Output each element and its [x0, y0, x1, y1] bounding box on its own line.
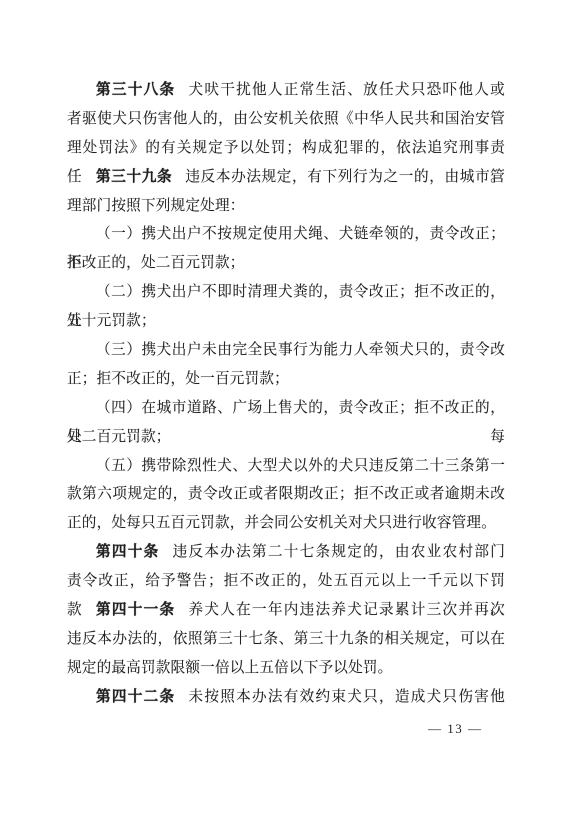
- line-text: 违反本办法规定，有下列行为之一的，由城市管: [185, 169, 505, 185]
- line-text: 违反本办法的，依照第三十七条、第三十九条的相关规定，可以在: [67, 631, 505, 647]
- article-number: 第四十一条: [96, 602, 175, 618]
- article-number: 第三十八条: [96, 82, 175, 98]
- article-number: 第三十九条: [96, 169, 172, 185]
- text-line: 第四十二条未按照本办法有效约束犬只，造成犬只伤害他: [67, 683, 505, 712]
- text-line: 理部门按照下列规定处理：: [67, 192, 505, 221]
- text-line: （二）携犬出户不即时清理犬粪的，责令改正；拒不改正的，处: [67, 278, 505, 307]
- text-line: 者驱使犬只伤害他人的，由公安机关依照《中华人民共和国治安管: [67, 105, 505, 134]
- text-line: 第四十条违反本办法第二十七条规定的，由农业农村部门: [67, 538, 505, 567]
- text-line: 款第六项规定的，责令改正或者限期改正；拒不改正或者逾期未改: [67, 480, 505, 509]
- line-text: 只二百元罚款；: [67, 429, 171, 445]
- line-text: （三）携犬出户未由完全民事行为能力人牵领犬只的，责令改: [96, 342, 505, 358]
- line-text: （五）携带除烈性犬、大型犬以外的犬只违反第二十三条第一: [96, 458, 505, 474]
- text-line: 正；拒不改正的，处一百元罚款；: [67, 365, 505, 394]
- text-line: 第三十九条违反本办法规定，有下列行为之一的，由城市管: [67, 163, 505, 192]
- text-line: 第四十一条养犬人在一年内违法养犬记录累计三次并再次: [67, 596, 505, 625]
- line-text: 五十元罚款；: [67, 313, 156, 329]
- text-line: 规定的最高罚款限额一倍以上五倍以下予以处罚。: [67, 654, 505, 683]
- line-text: 正的，处每只五百元罚款，并会同公安机关对犬只进行收容管理。: [67, 515, 496, 531]
- line-text: 违反本办法第二十七条规定的，由农业农村部门: [173, 544, 505, 560]
- text-line: （一）携犬出户不按规定使用犬绳、犬链牵领的，责令改正；拒: [67, 220, 505, 249]
- line-text: 不改正的，处二百元罚款；: [67, 255, 245, 271]
- line-text: 养犬人在一年内违法养犬记录累计三次并再次: [189, 602, 505, 618]
- text-line: （三）携犬出户未由完全民事行为能力人牵领犬只的，责令改: [67, 336, 505, 365]
- article-number: 第四十条: [96, 544, 160, 560]
- text-line: （四）在城市道路、广场上售犬的，责令改正；拒不改正的，处每: [67, 394, 505, 423]
- document-body: 第三十八条犬吠干扰他人正常生活、放任犬只恐吓他人或者驱使犬只伤害他人的，由公安机…: [67, 76, 505, 712]
- text-line: 责令改正，给予警告；拒不改正的，处五百元以上一千元以下罚款。: [67, 567, 505, 596]
- text-line: 理处罚法》的有关规定予以处罚；构成犯罪的，依法追究刑事责任。: [67, 134, 505, 163]
- line-text: 犬吠干扰他人正常生活、放任犬只恐吓他人或: [189, 82, 505, 98]
- text-line: （五）携带除烈性犬、大型犬以外的犬只违反第二十三条第一: [67, 452, 505, 481]
- text-line: 第三十八条犬吠干扰他人正常生活、放任犬只恐吓他人或: [67, 76, 505, 105]
- line-text: 款第六项规定的，责令改正或者限期改正；拒不改正或者逾期未改: [67, 486, 505, 502]
- text-line: 违反本办法的，依照第三十七条、第三十九条的相关规定，可以在: [67, 625, 505, 654]
- line-text: 未按照本办法有效约束犬只，造成犬只伤害他: [189, 689, 505, 705]
- line-text: 理部门按照下列规定处理：: [67, 198, 245, 214]
- line-text: 规定的最高罚款限额一倍以上五倍以下予以处罚。: [67, 660, 392, 676]
- line-text: 正；拒不改正的，处一百元罚款；: [67, 371, 289, 387]
- text-line: 五十元罚款；: [67, 307, 505, 336]
- text-line: 不改正的，处二百元罚款；: [67, 249, 505, 278]
- text-line: 正的，处每只五百元罚款，并会同公安机关对犬只进行收容管理。: [67, 509, 505, 538]
- page-number: — 13 —: [428, 721, 483, 737]
- document-page: 第三十八条犬吠干扰他人正常生活、放任犬只恐吓他人或者驱使犬只伤害他人的，由公安机…: [0, 0, 580, 818]
- line-text: 者驱使犬只伤害他人的，由公安机关依照《中华人民共和国治安管: [67, 111, 505, 127]
- article-number: 第四十二条: [96, 689, 175, 705]
